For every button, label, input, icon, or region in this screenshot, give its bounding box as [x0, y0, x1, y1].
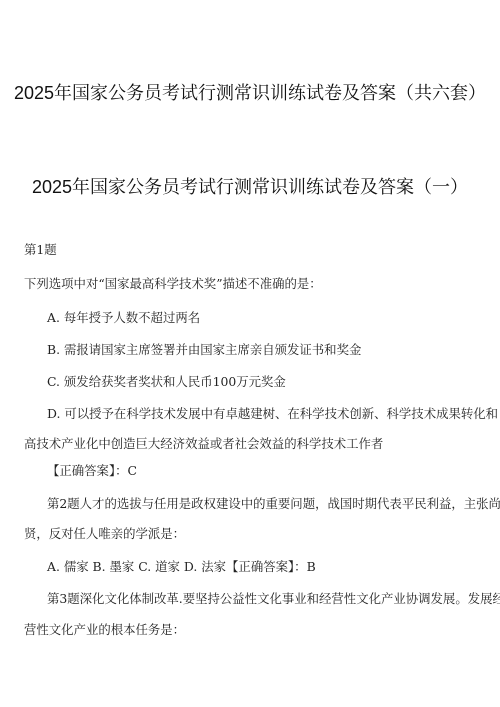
question-2-stem-line-1: 第2题人才的选拔与任用是政权建设中的重要问题，战国时期代表平民利益，主张尚	[47, 496, 482, 512]
question-3-stem-line-2: 营性文化产业的根本任务是：	[24, 622, 185, 638]
question-1-label: 第1题	[24, 242, 57, 258]
section-title: 2025年国家公务员考试行测常识训练试卷及答案（一）	[0, 176, 500, 198]
question-3-stem-line-1: 第3题深化文化体制改革.要坚持公益性文化事业和经营性文化产业协调发展。发展经	[47, 591, 482, 607]
question-1-stem: 下列选项中对“国家最高科学技术奖”描述不准确的是：	[24, 276, 322, 292]
question-2-options-answer: A. 儒家 B. 墨家 C. 道家 D. 法家【正确答案】：B	[47, 559, 316, 575]
question-1-answer: 【正确答案】：C	[47, 463, 137, 479]
document-page: 2025年国家公务员考试行测常识训练试卷及答案（共六套） 2025年国家公务员考…	[0, 0, 500, 707]
document-main-title: 2025年国家公务员考试行测常识训练试卷及答案（共六套）	[0, 82, 500, 104]
question-1-option-d: D. 可以授予在科学技术发展中有卓越建树、在科学技术创新、科学技术成果转化和	[47, 406, 482, 422]
question-1-option-d-continued: 高技术产业化中创造巨大经济效益或者社会效益的科学技术工作者	[24, 436, 383, 452]
question-1-option-a: A. 每年授予人数不超过两名	[47, 310, 200, 326]
question-1-option-c: C. 颁发给获奖者奖状和人民币100万元奖金	[47, 374, 286, 390]
question-1-option-b: B. 需报请国家主席签署并由国家主席亲自颁发证书和奖金	[47, 342, 361, 358]
question-2-stem-line-2: 贤，反对任人唯亲的学派是：	[24, 526, 185, 542]
